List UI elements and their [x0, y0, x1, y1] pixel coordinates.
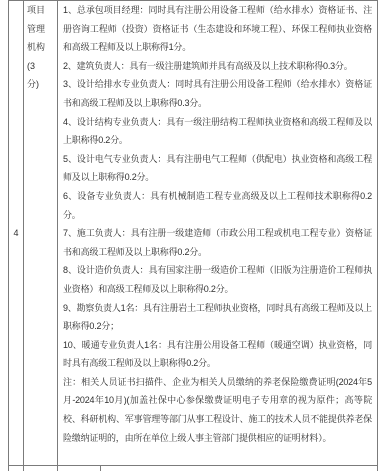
criteria-item: 3、设计给排水专业负责人：同时具有注册公用设备工程师（给水排水）资格证书和高级工…	[63, 75, 372, 112]
criteria-cell: 1、总承包项目经理：同时具有注册公用设备工程师（给水排水）资格证书、注册咨询工程…	[58, 1, 377, 465]
next-row-border-col1	[23, 466, 24, 471]
evaluation-criteria-table: 4 项目 管理 机构 (3 分) 1、总承包项目经理：同时具有注册公用设备工程师…	[8, 0, 378, 466]
category-cell: 项目 管理 机构 (3 分)	[24, 1, 58, 465]
criteria-item: 6、设备专业负责人：具有机械制造工程专业高级及以上工程师技术职称得0.2分。	[63, 187, 372, 224]
criteria-item: 4、设计结构专业负责人：具有一级注册结构工程师执业资格和高级工程师及以上职称得0…	[63, 113, 372, 150]
next-row-border-col2	[57, 466, 58, 471]
category-label-line: 项目	[27, 1, 57, 20]
criteria-item: 7、施工负责人：具有注册一级建造师（市政公用工程或机电工程专业）资格证书和高级工…	[63, 224, 372, 261]
criteria-item: 注：相关人员证书扫描件、企业为相关人员缴纳的养老保险缴费证明(2024年5月-2…	[63, 373, 372, 447]
criteria-item: 1、总承包项目经理：同时具有注册公用设备工程师（给水排水）资格证书、注册咨询工程…	[63, 1, 372, 57]
row-number-cell: 4	[9, 1, 24, 465]
next-row-border-col3	[100, 466, 101, 471]
next-row-border-right	[377, 466, 378, 471]
criteria-item: 10、暖通专业负责人1名：具有注册公用设备工程师（暖通空调）执业资格，同时具有高…	[63, 336, 372, 373]
next-row-border-left	[8, 466, 9, 471]
criteria-item: 8、设计造价负责人：具有国家注册一级造价工程师（旧版为注册造价工程师执业资格）和…	[63, 261, 372, 298]
category-label-line: 分)	[27, 75, 57, 94]
criteria-item: 5、设计电气专业负责人：具有注册电气工程师（供配电）执业资格和高级工程师及以上职…	[63, 150, 372, 187]
category-label-line: 管理	[27, 20, 57, 39]
document-page: 4 项目 管理 机构 (3 分) 1、总承包项目经理：同时具有注册公用设备工程师…	[0, 0, 384, 471]
criteria-item: 2、建筑负责人：具有一级注册建筑师并具有高级及以上技术职称得0.3分。	[63, 57, 372, 76]
row-number: 4	[13, 228, 18, 238]
criteria-item: 9、勘察负责人1名：具有注册岩土工程师执业资格，同时具有高级工程师及以上职称得0…	[63, 299, 372, 336]
category-label-line: 机构	[27, 38, 57, 57]
category-label-line: (3	[27, 57, 57, 76]
